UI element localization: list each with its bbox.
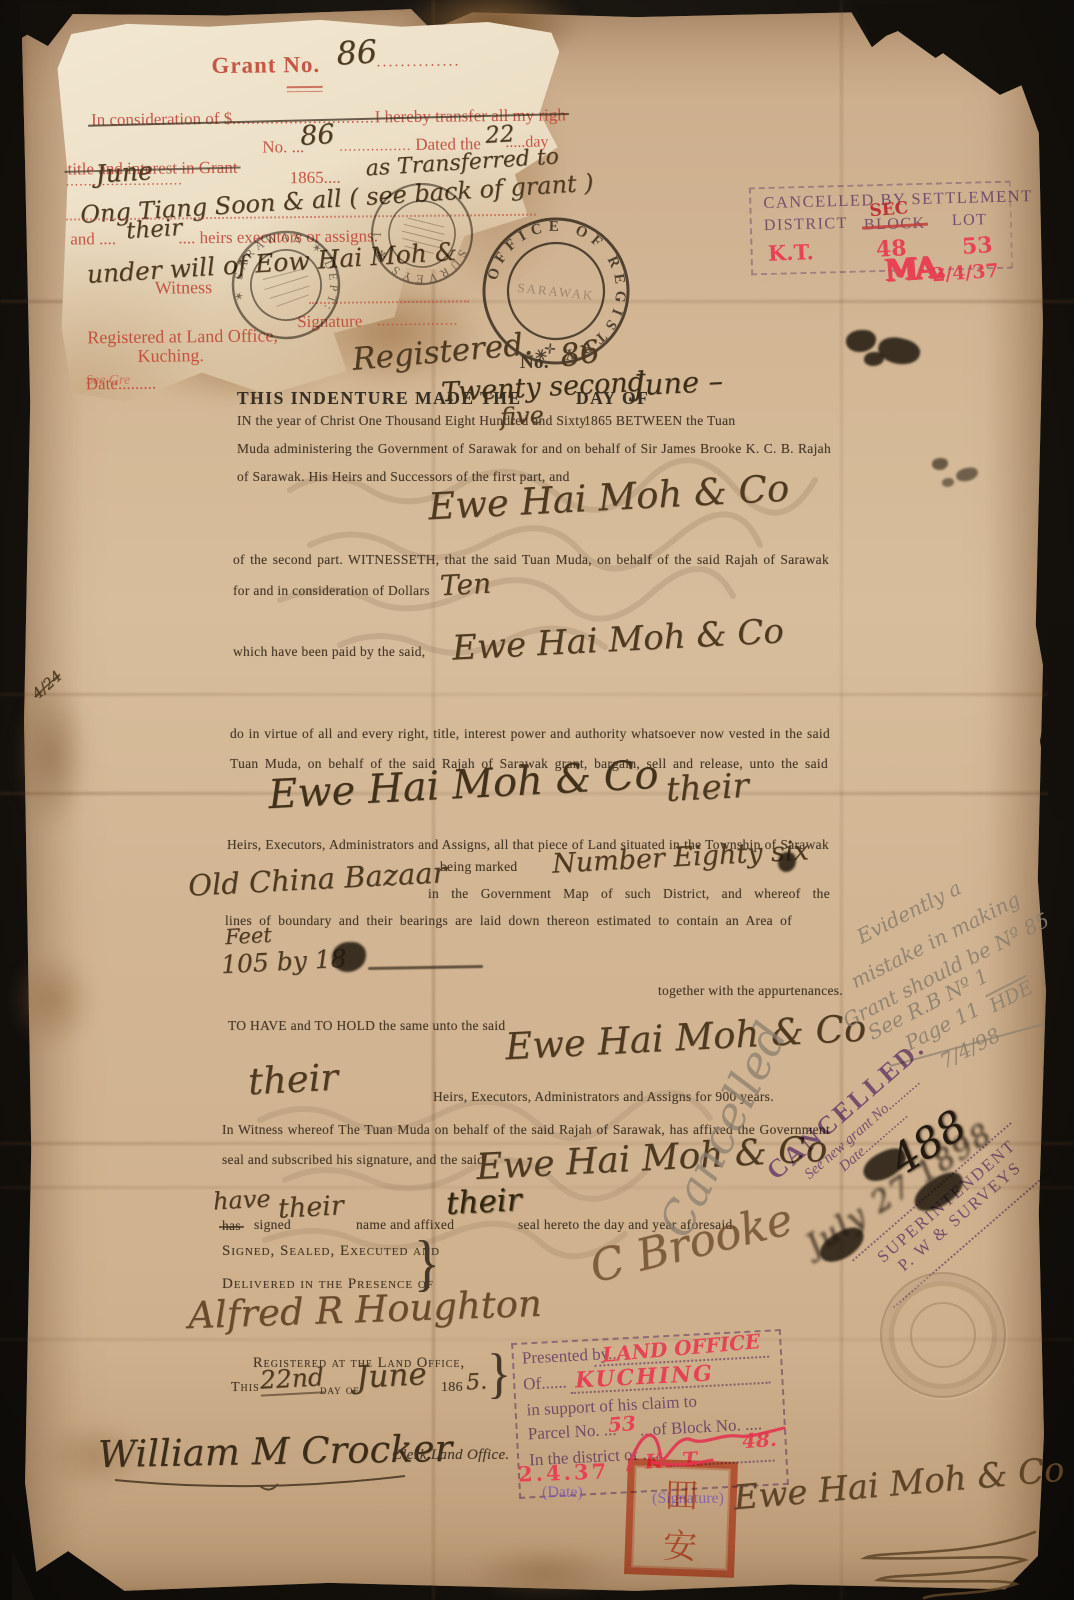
body-line13: being marked bbox=[440, 859, 517, 875]
body-line8: which have been paid by the said, bbox=[233, 644, 425, 660]
slip-line2-no: No. ... bbox=[262, 137, 304, 157]
day-number-handwritten: 22nd bbox=[259, 1362, 324, 1396]
body-line7: for and in consideration of Dollars bbox=[233, 583, 430, 599]
year-print: 186 bbox=[441, 1380, 463, 1396]
see-grant-note: See Gre bbox=[86, 373, 130, 389]
year-digit-handwritten: 5. bbox=[465, 1369, 487, 1395]
presented-date-value: 2.4.37 bbox=[518, 1458, 610, 1486]
body-line17: together with the appurtenances. bbox=[658, 983, 843, 999]
grant-no-value: 86 bbox=[335, 32, 378, 72]
settlement-sec-handwritten: SEC bbox=[869, 198, 909, 221]
embossed-seal-inner-ring bbox=[910, 1302, 976, 1368]
grantee-signature-flourish bbox=[820, 1520, 1060, 1600]
chop-glyph-bottom: 安 bbox=[662, 1518, 698, 1568]
slip-line1-b: I hereby transfer all my righ bbox=[375, 105, 566, 126]
body-line22: seal and subscribed his signature, and t… bbox=[222, 1152, 484, 1168]
red-signature-squiggle bbox=[600, 1412, 790, 1482]
dollars-handwritten: Ten bbox=[439, 567, 492, 603]
stain-bottom-center bbox=[470, 1545, 620, 1600]
year-word-handwritten: five bbox=[499, 401, 544, 431]
their-handwritten-3: their bbox=[277, 1190, 344, 1224]
of-label: Of...... bbox=[523, 1372, 567, 1394]
day-of-words: day of bbox=[320, 1382, 359, 1398]
slip-line2-dots: ................ bbox=[339, 139, 411, 156]
clerk-title: Clerk Land Office. bbox=[392, 1447, 509, 1464]
month-handwritten: June – bbox=[632, 364, 724, 403]
their-handwritten-2: their bbox=[247, 1056, 339, 1104]
witness-label: Witness bbox=[155, 277, 212, 299]
clerk-signature-flourish bbox=[110, 1472, 410, 1492]
date-paren-label: (Date) bbox=[542, 1484, 583, 1502]
fold-line-mid1 bbox=[0, 693, 1074, 696]
slip-line1-a: In consideration of $ bbox=[91, 109, 232, 129]
body-line3: Muda administering the Government of Sar… bbox=[237, 441, 831, 457]
this-word: This bbox=[231, 1380, 260, 1396]
signed-sealed-line: Signed, Sealed, Executed and bbox=[222, 1243, 440, 1260]
grant-no-label: Grant No. bbox=[211, 52, 320, 79]
settlement-lot-value: 53 bbox=[961, 232, 993, 260]
body-line9: do in virtue of all and every right, tit… bbox=[230, 726, 830, 742]
stain-left-edge bbox=[14, 680, 89, 830]
settlement-district-label: DISTRICT bbox=[764, 215, 848, 235]
body-line2b: 1865 BETWEEN the Tuan bbox=[584, 413, 735, 429]
body-line14: in the Government Map of such District, … bbox=[428, 886, 830, 902]
no-label: No. bbox=[520, 352, 549, 374]
their-handwritten-4: their bbox=[445, 1182, 522, 1222]
embossed-government-seal bbox=[880, 1272, 1006, 1398]
settlement-district-value: K.T. bbox=[768, 239, 815, 266]
grant-no-underline bbox=[287, 86, 323, 92]
settlement-date: 2/4/37 bbox=[931, 260, 999, 287]
registry-center-text: SARAWAK bbox=[517, 280, 595, 303]
registered-brace: } bbox=[487, 1341, 511, 1405]
slip-line3-dots: .......................... bbox=[66, 173, 183, 190]
stain-left-edge2 bbox=[10, 950, 95, 1050]
registered-at-line2: Kuching. bbox=[137, 345, 204, 367]
scanned-document: Grant No. 86 .............. In considera… bbox=[0, 0, 1074, 1600]
slip-line5-and: and .... bbox=[70, 229, 116, 249]
slip-line2-no-value: 86 bbox=[299, 119, 335, 152]
their-handwritten-1: their bbox=[665, 766, 750, 810]
grant-no-dots: .............. bbox=[376, 52, 460, 71]
month-handwritten-2: June bbox=[355, 1356, 428, 1396]
body-line18: TO HAVE and TO HOLD the same unto the sa… bbox=[228, 1018, 505, 1034]
body-line15: lines of boundary and their bearings are… bbox=[225, 913, 792, 929]
have-handwritten: have bbox=[212, 1185, 271, 1216]
slip-line5-hw: their bbox=[125, 215, 183, 244]
feet-handwritten: Feet bbox=[224, 923, 272, 949]
settlement-lot-label: LOT bbox=[952, 211, 988, 230]
has-struck: has bbox=[222, 1218, 241, 1233]
signature-dots: .................. bbox=[377, 313, 458, 330]
body-line6: of the second part. WITNESSETH, that the… bbox=[233, 552, 829, 568]
